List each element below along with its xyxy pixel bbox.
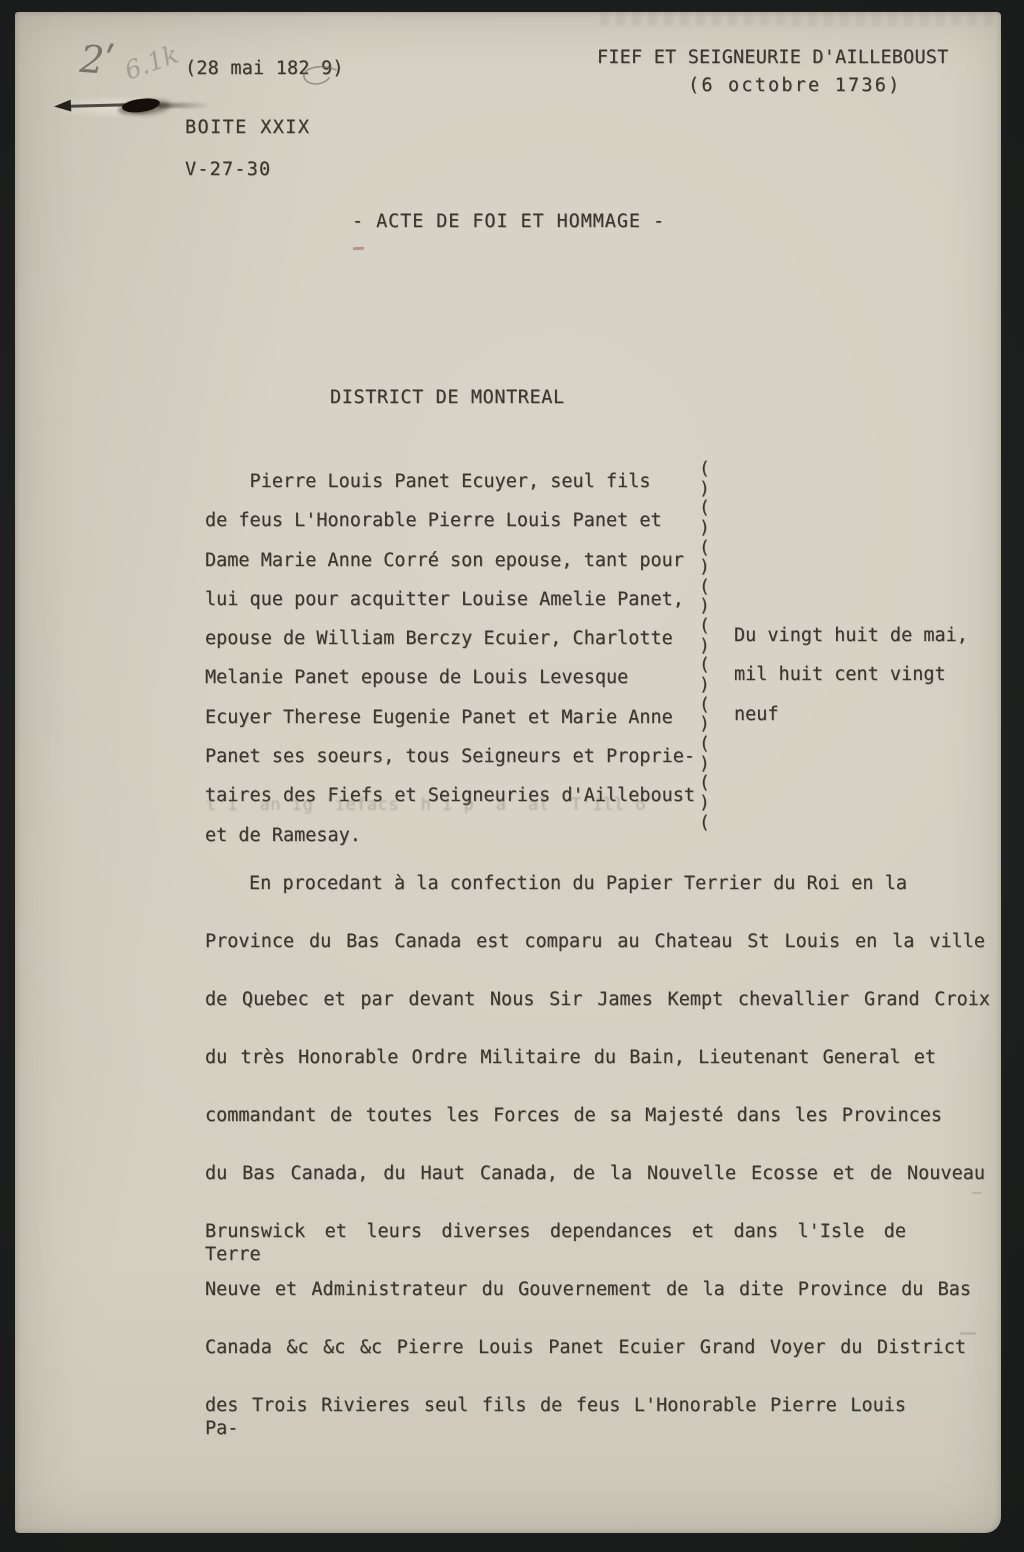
bracket-column: ()()()()()()()()()( [699, 459, 710, 832]
marginal-date: Du vingt huit de mai,mil huit cent vingt… [734, 616, 968, 734]
text-line: ( [699, 695, 710, 715]
stray-margin-mark [972, 1192, 982, 1194]
ghost-overtyped-line: t i an ig 'iefacs h i p a al T'ill o [206, 795, 656, 815]
text-line: Province du Bas Canada est comparu au Ch… [205, 930, 985, 988]
text-line: et de Ramesay. [205, 816, 695, 855]
ghost-top-edge-marks [600, 13, 996, 26]
ink-smudge-arrowhead [54, 100, 72, 113]
text-line: ) [699, 793, 710, 813]
text-line: du très Honorable Ordre Militaire du Bai… [205, 1046, 936, 1104]
text-line: ( [699, 773, 710, 793]
text-line: ( [699, 734, 710, 754]
text-line: ( [699, 498, 710, 518]
box-label: BOITE XXIX [185, 116, 310, 140]
header-right-title: FIEF ET SEIGNEURIE D'AILLEBOUST [597, 46, 948, 70]
text-line: Brunswick et leurs diverses dependances … [205, 1220, 906, 1278]
text-line: ) [699, 754, 710, 774]
text-line: ) [699, 596, 710, 616]
text-line: de feus L'Honorable Pierre Louis Panet e… [205, 501, 695, 540]
text-line: ( [699, 813, 710, 833]
text-line: mil huit cent vingt [734, 655, 968, 694]
text-line: ( [699, 655, 710, 675]
text-line: ) [699, 636, 710, 656]
text-line: lui que pour acquitter Louise Amelie Pan… [205, 580, 695, 619]
red-pencil-dash [353, 247, 364, 250]
ink-smudge-tail [158, 103, 210, 108]
pencil-page-number: 2ʹ [79, 37, 117, 83]
body-paragraph: En procedant à la confection du Papier T… [205, 872, 990, 1452]
text-line: ) [699, 479, 710, 499]
text-line: ( [699, 616, 710, 636]
text-line: du Bas Canada, du Haut Canada, de la Nou… [205, 1162, 985, 1220]
text-line: Pierre Louis Panet Ecuyer, seul fils [205, 462, 695, 501]
stray-margin-mark [960, 1332, 976, 1335]
text-line: ( [699, 577, 710, 597]
text-line: Melanie Panet epouse de Louis Levesque [205, 658, 695, 697]
text-line: commandant de toutes les Forces de sa Ma… [205, 1104, 942, 1162]
document-scan-page: 2ʹ 6.1k (28 mai 182 9) FIEF ET SEIGNEURI… [0, 0, 1024, 1552]
text-line: ( [699, 459, 710, 479]
text-line: des Trois Rivieres seul fils de feus L'H… [205, 1394, 906, 1452]
text-line: neuf [734, 695, 968, 734]
text-line: ) [699, 675, 710, 695]
district-heading: DISTRICT DE MONTREAL [330, 386, 565, 410]
text-line: ) [699, 714, 710, 734]
text-line: Canada &c &c &c Pierre Louis Panet Ecuie… [205, 1336, 966, 1394]
document-title: - ACTE DE FOI ET HOMMAGE - [352, 210, 665, 234]
text-line: epouse de William Berczy Ecuier, Charlot… [205, 619, 695, 658]
text-line: Panet ses soeurs, tous Seigneurs et Prop… [205, 737, 695, 776]
text-line: Neuve et Administrateur du Gouvernement … [205, 1278, 971, 1336]
text-line: Ecuyer Therese Eugenie Panet et Marie An… [205, 698, 695, 737]
pencil-loop-mark [296, 64, 342, 96]
header-right-subtitle: (6 octobre 1736) [688, 74, 901, 98]
text-line: ) [699, 518, 710, 538]
text-line: ) [699, 557, 710, 577]
shelf-label: V-27-30 [185, 158, 271, 182]
text-line: Du vingt huit de mai, [734, 616, 968, 655]
text-line: Dame Marie Anne Corré son epouse, tant p… [205, 541, 695, 580]
text-line: ( [699, 538, 710, 558]
text-line: de Quebec et par devant Nous Sir James K… [205, 988, 990, 1046]
text-line: En procedant à la confection du Papier T… [205, 872, 907, 930]
